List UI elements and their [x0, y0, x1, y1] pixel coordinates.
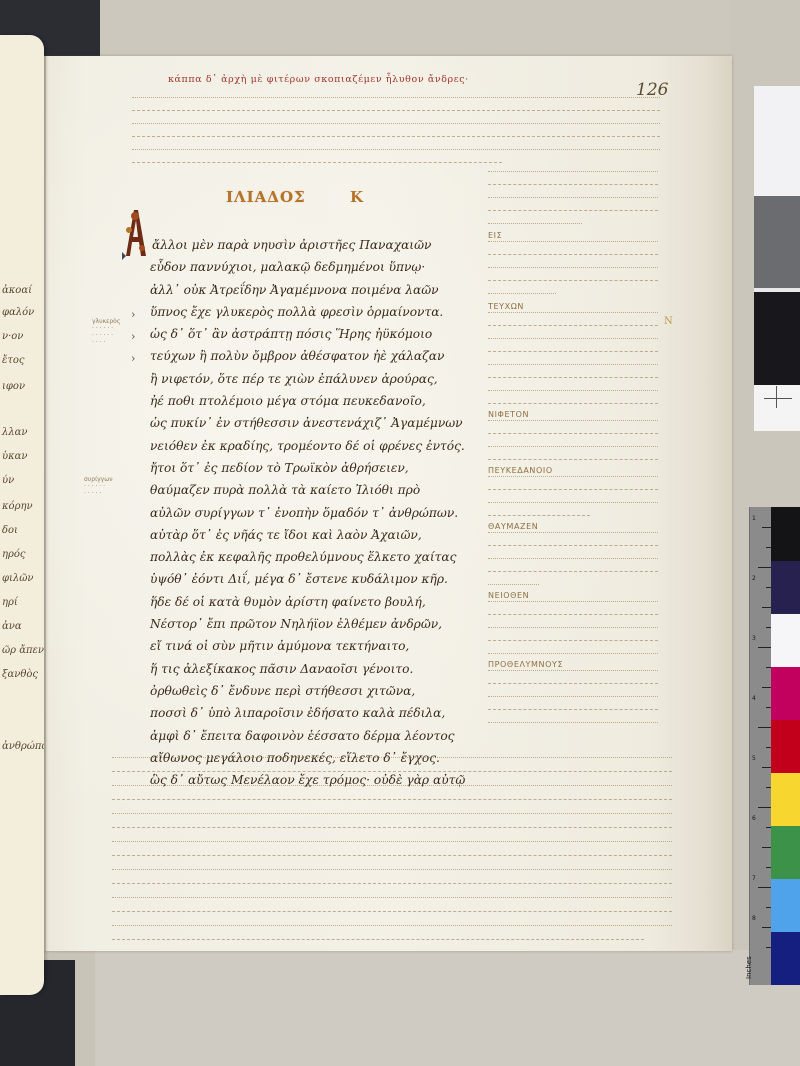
- color-target: [771, 507, 800, 985]
- verse-line: ἤτοι ὅτ᾽ ἐς πεδίον τὸ Τρωϊκὸν ἀθρήσειεν,: [150, 457, 500, 479]
- prev-page-line: ν·ον: [2, 331, 23, 342]
- verse-line: ὑψόθ᾽ ἐόντι Διΐ, μέγα δ᾽ ἔστενε κυδάλιμο…: [150, 568, 500, 590]
- swatch-blue: [771, 932, 800, 985]
- prev-page-line: ῶρ ἄπεν: [2, 645, 44, 656]
- diple-marker-icon: ›: [131, 352, 135, 365]
- diple-marker-icon: ›: [131, 308, 135, 321]
- verse-line: ἥδε δέ οἱ κατὰ θυμὸν ἀρίστη φαίνετο βουλ…: [150, 591, 500, 613]
- prev-page-line: ἀνθρώπῳ: [2, 741, 44, 752]
- measurement-ruler: 1 2 3 4 5 6 7 8 Inches: [749, 507, 772, 985]
- background-felt-top: [95, 0, 800, 58]
- swatch-yellow: [771, 773, 800, 826]
- swatch-white: [771, 614, 800, 667]
- ruler-label: 2: [752, 575, 756, 582]
- swatch-green: [771, 826, 800, 879]
- crosshair-icon: [764, 398, 792, 399]
- scholia-bottom: [112, 756, 672, 940]
- prev-page-line: ὑκαν: [2, 451, 27, 462]
- prev-page-line: ηρός: [2, 549, 26, 560]
- decorated-initial-icon: [120, 206, 150, 260]
- prev-page-line: φαλόν: [2, 307, 34, 318]
- verse-line: ὀρθωθεὶς δ᾽ ἔνδυνε περὶ στήθεσσι χιτῶνα,: [150, 680, 500, 702]
- verse-line: ὡς δ᾽ ὅτ᾽ ἂν ἀστράπτῃ πόσις Ἥρης ἠϋκόμοι…: [150, 323, 500, 345]
- swatch-gray: [754, 196, 800, 288]
- ruler-label: 8: [752, 915, 756, 922]
- swatch-red: [771, 720, 800, 773]
- prev-page-line: δοι: [2, 525, 18, 536]
- margin-note: γλυκερὸς· · · · · ·· · · · · ·· · · ·: [92, 318, 120, 346]
- running-head-rubric: κάππα δ᾽ ἀρχὴ μὲ φιτέρων σκοπιαζέμεν ἦλυ…: [168, 74, 568, 85]
- prev-page-line: φιλῶν: [2, 573, 34, 584]
- verse-line: αὐλῶν συρίγγων τ᾽ ἐνοπὴν ὅμαδόν τ᾽ ἀνθρώ…: [150, 502, 500, 524]
- ruler-label: 3: [752, 635, 756, 642]
- main-text-block: ἄλλοι μὲν παρὰ νηυσὶν ἀριστῆες Παναχαιῶν…: [150, 234, 500, 791]
- swatch-magenta: [771, 667, 800, 720]
- crosshair-icon: [776, 386, 777, 408]
- verse-line: ἄλλοι μὲν παρὰ νηυσὶν ἀριστῆες Παναχαιῶν: [150, 234, 500, 256]
- ruler-label: 6: [752, 815, 756, 822]
- grayscale-target: [754, 86, 800, 431]
- margin-note: συρίγγων· · · · · ·· · · · ·: [84, 476, 113, 497]
- swatch-black: [754, 292, 800, 385]
- quire-mark: N: [664, 316, 673, 327]
- verse-line: ὡς πυκίν᾽ ἐν στήθεσσιν ἀνεστενάχιζ᾽ Ἀγαμ…: [150, 412, 500, 434]
- verse-line: ποσσὶ δ᾽ ὑπὸ λιπαροῖσιν ἐδήσατο καλὰ πέδ…: [150, 702, 500, 724]
- prev-page-line: ιφον: [2, 381, 25, 392]
- prev-page-line: λλαν: [2, 427, 28, 438]
- prev-page-line: ηρί: [2, 597, 18, 608]
- verse-line: εὗδον παννύχιοι, μαλακῷ δεδμημένοι ὕπνῳ·: [150, 256, 500, 278]
- verse-line: θαύμαζεν πυρὰ πολλὰ τὰ καίετο Ἰλιόθι πρὸ: [150, 479, 500, 501]
- ruler-label: 1: [752, 515, 756, 522]
- prev-page-line: ἀκοαί: [2, 285, 32, 296]
- verse-line: ἥ τις ἀλεξίκακος πᾶσιν Δαναοῖσι γένοιτο.: [150, 658, 500, 680]
- prev-page-line: ξανθὸς: [2, 669, 38, 680]
- verse-line: τεύχων ἢ πολὺν ὄμβρον ἀθέσφατον ἠὲ χάλαζ…: [150, 345, 500, 367]
- verse-line: ἀμφὶ δ᾽ ἔπειτα δαφοινὸν ἑέσσατο δέρμα λέ…: [150, 725, 500, 747]
- verse-line: ἠέ ποθι πτολέμοιο μέγα στόμα πευκεδανοῖο…: [150, 390, 500, 412]
- verse-line: εἴ τινά οἱ σὺν μῆτιν ἀμύμονα τεκτήναιτο,: [150, 635, 500, 657]
- scholia-top: [132, 96, 660, 163]
- scholia-top-right: [488, 170, 658, 224]
- verse-line: ὕπνος ἔχε γλυκερὸς πολλὰ φρεσὶν ὁρμαίνον…: [150, 301, 500, 323]
- scholia-right-column: ΕΙΣ ΤΕΥΧΩΝ ΝΙΦΕΤΟΝ ΠΕΥΚΕΔΑΝΟΙΟ ΘΑΥΜΑΖΕΝ …: [488, 240, 658, 734]
- verse-line: ἀλλ᾽ οὐκ Ἀτρεΐδην Ἀγαμέμνονα ποιμένα λαῶ…: [150, 279, 500, 301]
- swatch-black: [771, 507, 800, 561]
- prev-page-line: ἔτος: [2, 355, 25, 366]
- background-felt-bottom: [95, 950, 800, 1066]
- verse-line: πολλὰς ἐκ κεφαλῆς προθελύμνους ἕλκετο χα…: [150, 546, 500, 568]
- prev-page-line: ἀνα: [2, 621, 22, 632]
- verse-line: αὐτὰρ ὅτ᾽ ἐς νῆάς τε ἴδοι καὶ λαὸν Ἀχαιῶ…: [150, 524, 500, 546]
- prev-page-line: ύν: [2, 475, 14, 486]
- ruler-unit-label: Inches: [745, 956, 753, 979]
- verse-line: ἢ νιφετόν, ὅτε πέρ τε χιὼν ἐπάλυνεν ἀρού…: [150, 368, 500, 390]
- verse-line: Νέστορ᾽ ἔπι πρῶτον Νηλήϊον ἐλθέμεν ἀνδρῶ…: [150, 613, 500, 635]
- swatch-white: [754, 86, 800, 196]
- book-title: ΙΛΙΑΔΟΣ: [226, 188, 306, 206]
- swatch-cyan: [771, 879, 800, 932]
- swatch-navy: [771, 561, 800, 614]
- verse-line: νειόθεν ἐκ κραδίης, τρομέοντο δέ οἱ φρέν…: [150, 435, 500, 457]
- prev-page-line: κόρην: [2, 501, 33, 512]
- diple-marker-icon: ›: [131, 330, 135, 343]
- swatch-white-target: [754, 385, 800, 431]
- book-numeral: Κ: [350, 188, 363, 206]
- ruler-label: 4: [752, 695, 756, 702]
- ruler-label: 5: [752, 755, 756, 762]
- ruler-label: 7: [752, 875, 756, 882]
- gutter: [44, 56, 46, 951]
- previous-page-edge: ἀκοαί φαλόν ν·ον ἔτος ιφον λλαν ὑκαν ύν …: [0, 35, 44, 995]
